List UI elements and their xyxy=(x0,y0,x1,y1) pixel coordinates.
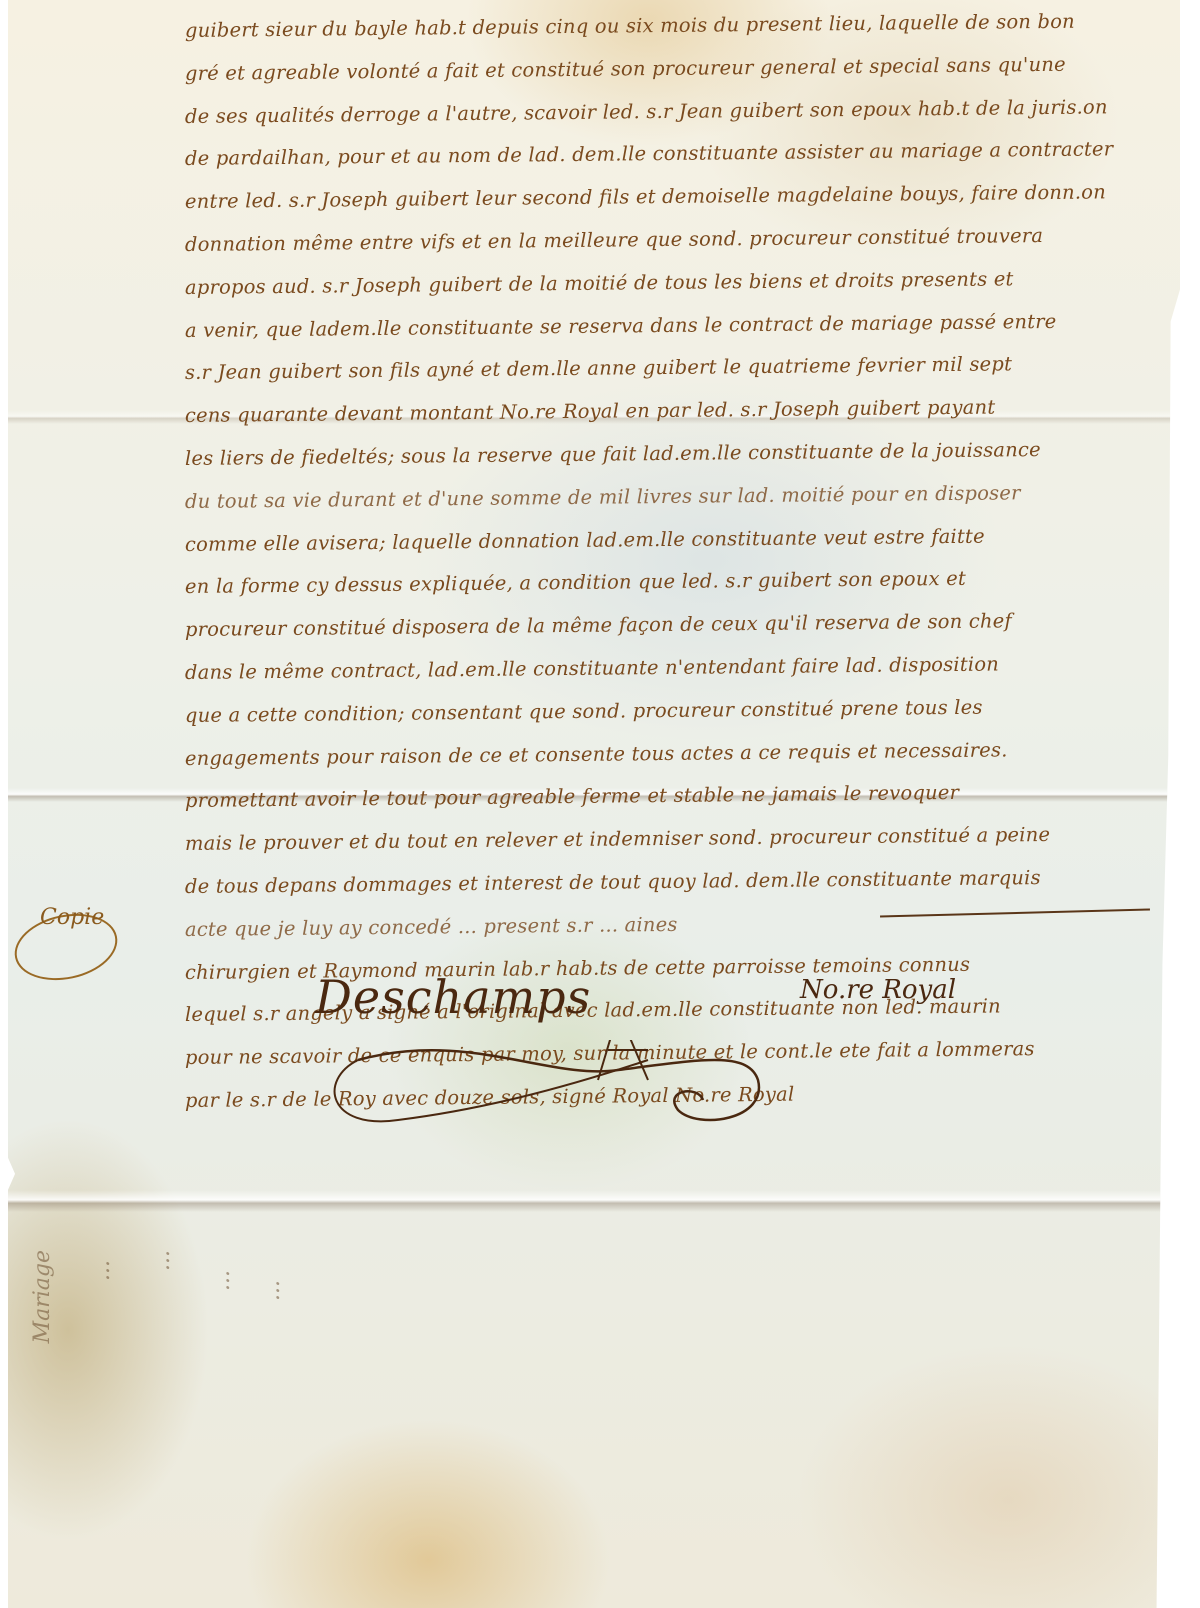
bleed-text: ... xyxy=(150,1250,175,1271)
notary-title: No.re Royal xyxy=(800,975,956,1005)
reverse-side-bleed-through: Mariage ... ... ... ... xyxy=(20,1250,300,1570)
bleed-text: ... xyxy=(260,1280,285,1301)
notary-signature: Deschamps xyxy=(315,970,591,1024)
bleed-text: ... xyxy=(90,1260,115,1281)
bleed-text: ... xyxy=(210,1270,235,1291)
bleed-text: Mariage xyxy=(30,1250,55,1343)
fold-crease xyxy=(8,1190,1180,1212)
document-body: guibert sieur du bayle hab.t depuis cinq… xyxy=(185,10,1165,1123)
margin-note: Copie xyxy=(40,905,104,930)
signature-paraph-icon xyxy=(318,1040,798,1140)
